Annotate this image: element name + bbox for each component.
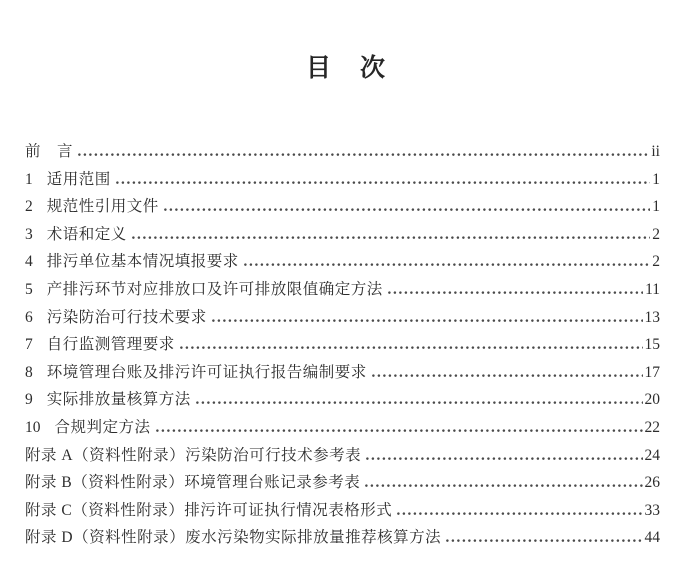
toc-item-number: 8 — [25, 359, 33, 387]
dot-leader — [388, 291, 643, 294]
toc-item-page: 44 — [645, 524, 661, 552]
toc-item-label: 产排污环节对应排放口及许可排放限值确定方法 — [47, 276, 383, 304]
toc-row-section-4: 4 排污单位基本情况填报要求 2 — [25, 248, 660, 276]
toc-row-section-1: 1 适用范围 1 — [25, 166, 660, 194]
toc-item-page: 2 — [652, 221, 660, 249]
toc-row-appendix-a: 附录 A（资料性附录）污染防治可行技术参考表 24 — [25, 442, 660, 470]
toc-item-number: 10 — [25, 414, 41, 442]
toc-row-foreword: 前 言 ii — [25, 138, 660, 166]
toc-item-number: 7 — [25, 331, 33, 359]
toc-item-number: 4 — [25, 248, 33, 276]
toc-item-page: ii — [651, 138, 660, 166]
toc-row-section-9: 9 实际排放量核算方法 20 — [25, 386, 660, 414]
dot-leader — [372, 374, 643, 377]
toc-item-number: 1 — [25, 166, 33, 194]
toc-item-number: 2 — [25, 193, 33, 221]
toc-row-appendix-c: 附录 C（资料性附录）排污许可证执行情况表格形式 33 — [25, 497, 660, 525]
page-title: 目 次 — [0, 0, 693, 84]
toc-item-label: 术语和定义 — [47, 221, 127, 249]
toc-item-page: 2 — [652, 248, 660, 276]
dot-leader — [78, 153, 649, 156]
dot-leader — [365, 484, 642, 487]
toc-row-section-3: 3 术语和定义 2 — [25, 221, 660, 249]
dot-leader — [116, 181, 650, 184]
toc-item-label: 规范性引用文件 — [47, 193, 159, 221]
document-page: 目 次 前 言 ii 1 适用范围 1 2 规范性引用文件 1 3 术语和定义 … — [0, 0, 693, 576]
table-of-contents: 前 言 ii 1 适用范围 1 2 规范性引用文件 1 3 术语和定义 2 4 … — [0, 138, 693, 552]
dot-leader — [397, 512, 642, 515]
toc-item-page: 11 — [645, 276, 660, 304]
dot-leader — [180, 346, 643, 349]
toc-item-page: 22 — [645, 414, 661, 442]
toc-item-label: 附录 A（资料性附录）污染防治可行技术参考表 — [25, 442, 361, 470]
toc-row-section-2: 2 规范性引用文件 1 — [25, 193, 660, 221]
dot-leader — [212, 319, 643, 322]
toc-item-label: 附录 C（资料性附录）排污许可证执行情况表格形式 — [25, 497, 392, 525]
toc-item-label: 附录 B（资料性附录）环境管理台账记录参考表 — [25, 469, 360, 497]
toc-item-number: 3 — [25, 221, 33, 249]
toc-row-section-10: 10 合规判定方法 22 — [25, 414, 660, 442]
toc-item-label: 适用范围 — [47, 166, 111, 194]
toc-item-label: 排污单位基本情况填报要求 — [47, 248, 239, 276]
toc-item-label: 实际排放量核算方法 — [47, 386, 191, 414]
toc-item-page: 1 — [652, 166, 660, 194]
toc-row-appendix-d: 附录 D（资料性附录）废水污染物实际排放量推荐核算方法 44 — [25, 524, 660, 552]
toc-row-section-8: 8 环境管理台账及排污许可证执行报告编制要求 17 — [25, 359, 660, 387]
dot-leader — [156, 429, 643, 432]
toc-item-number: 6 — [25, 304, 33, 332]
toc-item-page: 33 — [645, 497, 661, 525]
toc-item-label: 合规判定方法 — [55, 414, 151, 442]
toc-item-number: 5 — [25, 276, 33, 304]
toc-item-page: 1 — [652, 193, 660, 221]
toc-item-label: 环境管理台账及排污许可证执行报告编制要求 — [47, 359, 367, 387]
toc-item-page: 26 — [645, 469, 661, 497]
toc-row-appendix-b: 附录 B（资料性附录）环境管理台账记录参考表 26 — [25, 469, 660, 497]
toc-row-section-6: 6 污染防治可行技术要求 13 — [25, 304, 660, 332]
dot-leader — [132, 236, 650, 239]
toc-item-label: 前 言 — [25, 138, 73, 166]
dot-leader — [196, 401, 643, 404]
toc-item-page: 24 — [645, 442, 661, 470]
dot-leader — [164, 208, 650, 211]
toc-item-page: 13 — [645, 304, 661, 332]
toc-item-page: 17 — [645, 359, 661, 387]
dot-leader — [446, 539, 642, 542]
toc-item-label: 自行监测管理要求 — [47, 331, 175, 359]
dot-leader — [366, 457, 642, 460]
dot-leader — [244, 263, 650, 266]
toc-item-page: 15 — [645, 331, 661, 359]
toc-item-label: 污染防治可行技术要求 — [47, 304, 207, 332]
toc-item-label: 附录 D（资料性附录）废水污染物实际排放量推荐核算方法 — [25, 524, 441, 552]
toc-item-number: 9 — [25, 386, 33, 414]
toc-item-page: 20 — [645, 386, 661, 414]
toc-row-section-7: 7 自行监测管理要求 15 — [25, 331, 660, 359]
toc-row-section-5: 5 产排污环节对应排放口及许可排放限值确定方法 11 — [25, 276, 660, 304]
